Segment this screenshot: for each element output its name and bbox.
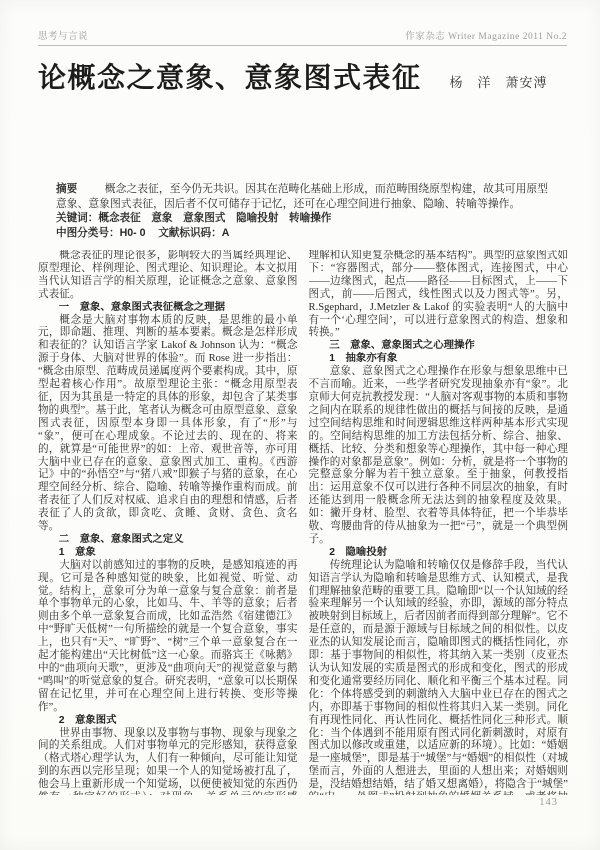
paragraph: 概念表征的理论很多，影响较大的当属经典理论、原型理论、样例理论、图式理论、知识理…: [38, 250, 298, 302]
paragraph: 传统理论认为隐喻和转喻仅仅是修辞手段，当代认知语言学认为隐喻和转喻是思维方式、认…: [309, 560, 569, 795]
clc-value: H0- 0: [120, 227, 146, 239]
title-row: 论概念之意象、意象图式表征 杨 洋 萧安溥: [38, 56, 567, 96]
clc-label: 中图分类号：: [56, 227, 120, 239]
subsection-heading: 2 意象图式: [38, 715, 298, 728]
subsection-heading: 1 抽象亦有象: [309, 353, 569, 366]
journal-label: 作家杂志 Writer Magazine 2011 No.2: [405, 28, 567, 42]
paragraph-continuation: 理解和认知更复杂概念的基本结构”。典型的意象图式如下：“容器图式，部分——整体图…: [309, 250, 569, 340]
article-body: 概念表征的理论很多，影响较大的当属经典理论、原型理论、样例理论、图式理论、知识理…: [38, 250, 568, 795]
paragraph: 世界由事物、现象以及事物与事物、现象与现象之间的关系组成。人们对事物单元的完形感…: [38, 728, 298, 795]
section-heading: 三 意象、意象图式之心理操作: [309, 340, 569, 353]
journal-page: 思考与言说 作家杂志 Writer Magazine 2011 No.2 论概念…: [0, 0, 600, 850]
paragraph: 大脑对以前感知过的事物的反映，是感知痕迹的再现。它可是各种感知觉的映象，比如视觉…: [38, 560, 298, 715]
abstract-line: 摘要概念之表征，至今仍无共识。因其在范畴化基础上形成，而范畴围绕原型构建，故其可…: [56, 182, 548, 211]
keywords-label: 关键词：: [56, 212, 98, 224]
keywords-line: 关键词：概念表征 意象 意象图式 隐喻投射 转喻操作: [56, 211, 548, 226]
classification-line: 中图分类号：H0- 0文献标识码：A: [56, 226, 548, 241]
paragraph: 概念是大脑对事物本质的反映，是思维的最小单元，即命题、推理、判断的基本要素。概念…: [38, 315, 298, 534]
abstract-label: 摘要: [56, 183, 105, 195]
section-heading: 一 意象、意象图式表征概念之理据: [38, 302, 298, 315]
abstract-text: 概念之表征，至今仍无共识。因其在范畴化基础上形成，而范畴围绕原型构建，故其可用原…: [56, 183, 548, 210]
doc-code-label: 文献标识码：: [158, 227, 222, 239]
article-authors: 杨 洋 萧安溥: [450, 72, 548, 91]
doc-code-value: A: [222, 227, 230, 239]
article-title: 论概念之意象、意象图式表征: [38, 56, 422, 96]
page-number: 143: [539, 797, 558, 808]
header-rule: [38, 45, 567, 46]
abstract-block: 摘要概念之表征，至今仍无共识。因其在范畴化基础上形成，而范畴围绕原型构建，故其可…: [56, 182, 548, 240]
body-column-right: 理解和认知更复杂概念的基本结构”。典型的意象图式如下：“容器图式，部分——整体图…: [309, 250, 569, 795]
running-head: 思考与言说 作家杂志 Writer Magazine 2011 No.2: [38, 28, 567, 42]
body-column-left: 概念表征的理论很多，影响较大的当属经典理论、原型理论、样例理论、图式理论、知识理…: [38, 250, 298, 795]
section-label: 思考与言说: [38, 28, 88, 42]
paragraph: 意象、意象图式之心理操作在形象与想象思维中已不言而喻。近来，一些学者研究发现抽象…: [309, 366, 569, 547]
section-heading: 二 意象、意象图式之定义: [38, 534, 298, 547]
subsection-heading: 2 隐喻投射: [309, 547, 569, 560]
keywords-text: 概念表征 意象 意象图式 隐喻投射 转喻操作: [98, 212, 331, 224]
subsection-heading: 1 意象: [38, 547, 298, 560]
